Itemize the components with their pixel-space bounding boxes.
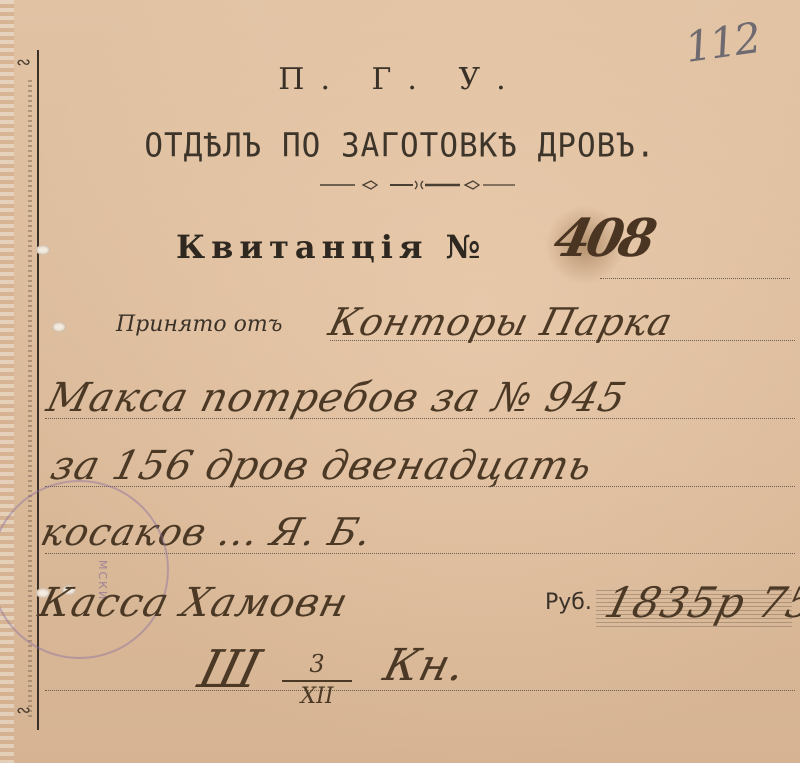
handwritten-line-2: Макса потребов за № 945 [42, 375, 631, 421]
organization-abbr: П. Г. У. [0, 62, 800, 97]
signature: Кн. [379, 640, 472, 691]
handwritten-line-3: за 156 дров двенадцать [46, 443, 597, 489]
stamp-circle [0, 480, 169, 659]
receipt-title-label: Квитанція № [176, 228, 486, 266]
received-from-label: Принято отъ [116, 312, 282, 337]
fraction-bar [282, 680, 352, 682]
signature-initials: Ш [193, 640, 268, 700]
amount-value: 1835р 75 [600, 578, 800, 627]
amount-label: Руб. [545, 590, 592, 615]
receipt-title: Квитанція № [176, 228, 486, 266]
punch-hole [36, 245, 50, 255]
received-from-value: Конторы Парка [325, 300, 678, 344]
number-dotted-line [600, 278, 790, 279]
ornament-divider-icon [315, 180, 525, 190]
date-fraction: 3 XII [282, 650, 352, 709]
date-day: 3 [282, 650, 352, 678]
bottom-flourish-icon: ∾ [16, 700, 31, 721]
department-heading: ОТДѢЛЪ ПО ЗАГОТОВКѢ ДРОВЪ. [0, 127, 800, 165]
punch-hole [52, 322, 66, 332]
date-month: XII [282, 684, 352, 709]
receipt-document: ∾ ∾ 112 П. Г. У. ОТДѢЛЪ ПО ЗАГОТОВКѢ ДРО… [0, 0, 800, 763]
handwritten-line-5: Касса Хамовн [34, 580, 353, 626]
receipt-number: 408 [549, 208, 659, 269]
perforated-edge [0, 0, 14, 763]
